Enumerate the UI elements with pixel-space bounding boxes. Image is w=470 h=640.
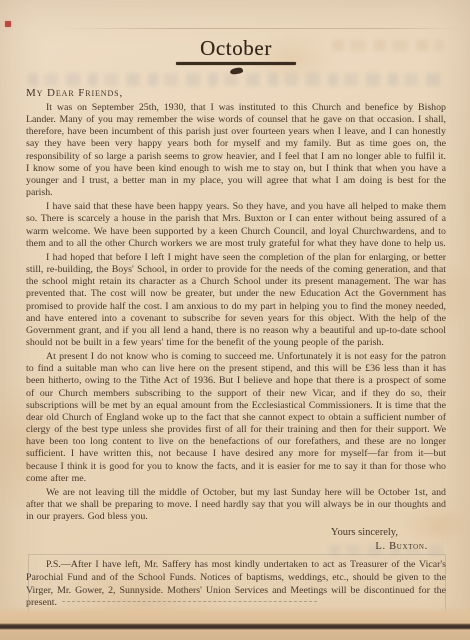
signoff-name: L. Buxton. [26,541,446,552]
paragraph: At present I do not know who is coming t… [26,351,446,485]
signoff-closing: Yours sincerely, [26,527,446,538]
paragraph: It was on September 25th, 1930, that I w… [26,102,446,199]
red-mark [5,21,11,27]
title-rule [176,62,296,65]
page-bottom-edge [0,606,470,640]
page-title: October [26,36,446,60]
paragraph: I had hoped that before I left I might h… [26,252,446,349]
salutation: My Dear Friends, [26,87,446,99]
postscript-block: P.S.—After I have left, Mr. Saffery has … [26,559,446,609]
paper-crease [60,28,460,29]
letter-content: October My Dear Friends, It was on Septe… [26,36,446,610]
masthead: October [26,36,446,74]
paragraph: I have said that these have been happy y… [26,201,446,250]
scanned-letter-page: October My Dear Friends, It was on Septe… [0,0,470,640]
paragraph: We are not leaving till the middle of Oc… [26,487,446,523]
leaf-ornament-icon [229,67,243,75]
ruled-line [62,600,317,602]
letter-body: It was on September 25th, 1930, that I w… [26,102,446,523]
